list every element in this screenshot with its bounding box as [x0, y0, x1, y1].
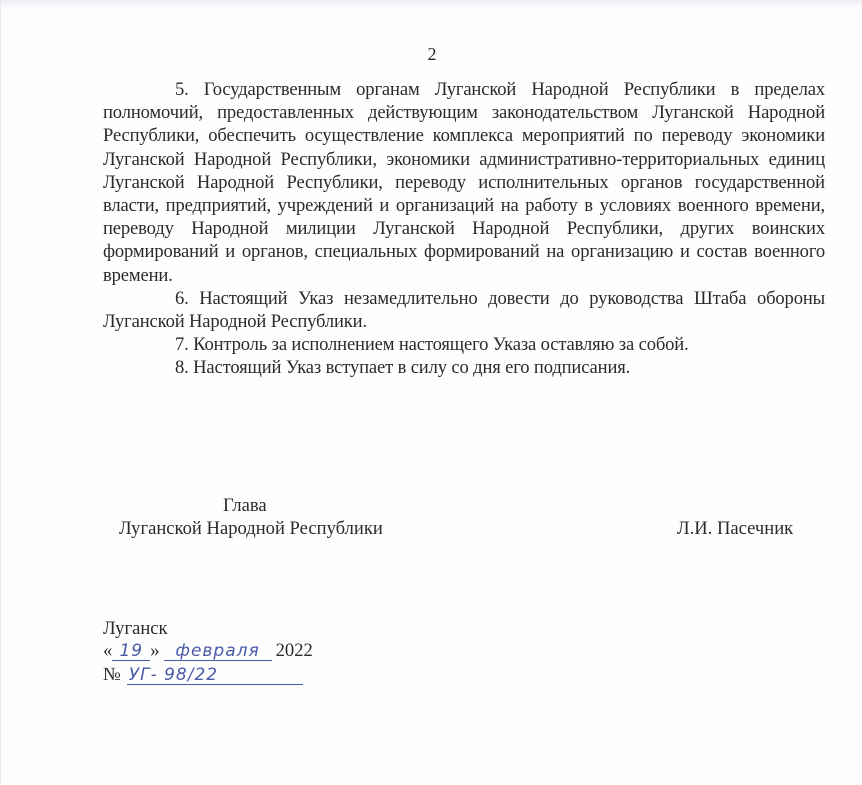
handwritten-month: февраля: [164, 643, 272, 661]
number-sign: №: [103, 664, 121, 685]
quote-close: »: [150, 640, 159, 661]
city: Луганск: [103, 618, 168, 640]
paragraph-8: 8. Настоящий Указ вступает в силу со дня…: [103, 356, 825, 379]
decree-number-line: №УГ- 98/22: [103, 664, 303, 686]
page-number: 2: [1, 44, 862, 65]
paragraph-5: 5. Государственным органам Луганской Нар…: [103, 78, 825, 287]
signing-date: «19»февраля2022: [103, 640, 313, 662]
signatory-organization: Луганской Народной Республики: [119, 517, 383, 540]
signatory-name: Л.И. Пасечник: [677, 517, 793, 540]
handwritten-day: 19: [112, 643, 150, 661]
paragraph-7: 7. Контроль за исполнением настоящего Ук…: [103, 333, 825, 356]
year: 2022: [276, 640, 313, 661]
paragraph-6: 6. Настоящий Указ незамедлительно довест…: [103, 287, 825, 333]
quote-open: «: [103, 640, 112, 661]
document-page: 2 5. Государственным органам Луганской Н…: [0, 0, 862, 785]
signatory-title: Глава: [223, 494, 267, 517]
handwritten-decree-number: УГ- 98/22: [127, 667, 303, 685]
scan-edge: [1, 0, 862, 7]
decree-body: 5. Государственным органам Луганской Нар…: [103, 78, 825, 380]
